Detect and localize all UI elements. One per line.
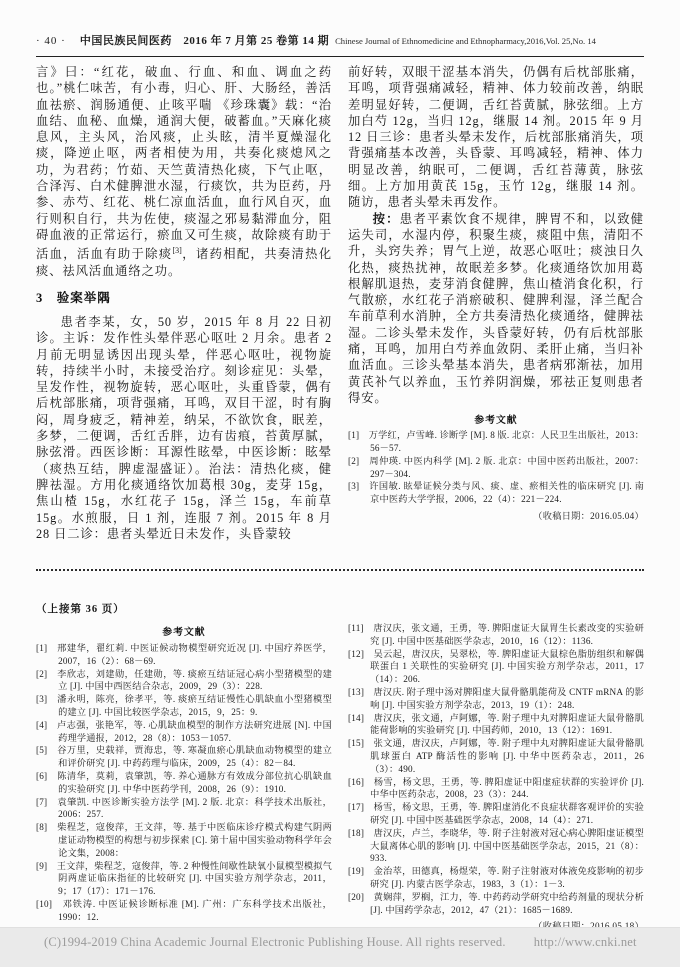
- commentary-label: 按：: [373, 212, 400, 226]
- journal-title-en: Chinese Journal of Ethnomedicine and Eth…: [335, 36, 596, 46]
- reference-item: [19] 金治萃，田德真，杨煜荣，等. 附子注射液对体液免疫影响的初步研究 [J…: [348, 865, 644, 891]
- references-heading: 参考文献: [36, 624, 332, 638]
- continued-from-label: （上接第 36 页）: [36, 601, 125, 616]
- left-column: 言》曰：“红花，破血、行血、和血、调血之药也。”桃仁味苦，有小毒，归心、肝、大肠…: [36, 64, 332, 542]
- right-column: 前好转，双眼干涩基本消失，仍偶有后枕部胀痛，耳鸣，项背强痛减轻，精神、体力较前改…: [348, 64, 644, 542]
- commentary-paragraph: 按：患者平素饮食不规律，脾胃不和，以致健运失司，水湿内停，积聚生痰，痰阻中焦，清…: [348, 211, 644, 407]
- reference-item: [6] 陈清华，莫莉，袁肇凯，等. 养心通脉方有效成分部位抗心肌缺血的实验研究 …: [36, 770, 332, 796]
- journal-title-cn: 中国民族民间医药 2016 年 7 月第 25 卷第 14 期: [80, 32, 329, 48]
- reference-item: [8] 柴程芝，寇俊萍，王文萍，等. 基于中医临床诊疗模式构建气阴两虚证动物模型…: [36, 821, 332, 859]
- reference-item: [9] 王文萍，柴程芝，寇俊萍，等. 2 种慢性间歇性缺氧小鼠模型模拟气阴两虚证…: [36, 860, 332, 898]
- reference-item: [17] 杨雪，杨文思，王勇，等. 脾阳虚消化不良症状群客观评价的实验研究 [J…: [348, 801, 644, 827]
- reference-item: [3] 潘永明，陈亮，徐孝平，等. 痰瘀互结证慢性心肌缺血小型猪模型的建立 [J…: [36, 693, 332, 719]
- article-body: 言》曰：“红花，破血、行血、和血、调血之药也。”桃仁味苦，有小毒，归心、肝、大肠…: [36, 64, 644, 542]
- reference-item: [10] 邓铁涛. 中医证候诊断标准 [M]. 广州：广东科学技术出版社，199…: [36, 898, 332, 924]
- section-heading: 3 验案举隅: [36, 288, 332, 306]
- reference-item: [15] 张文通，唐汉庆，卢阿娜，等. 附子理中丸对脾阳虚证大鼠骨骼肌肌球蛋白 …: [348, 737, 644, 775]
- reference-item: [12] 吴云起，唐汉庆，吴翠松，等. 脾阳虚证大鼠棕色脂肪组织和解偶联蛋白 1…: [348, 648, 644, 686]
- received-date: （收稿日期：2016.05.04）: [348, 508, 644, 522]
- references-heading: 参考文献: [348, 412, 644, 426]
- cnki-url: http://www.cnki.net: [534, 935, 637, 950]
- continued-left-column: 参考文献 [1] 邢建华，翟红莉. 中医证候动物模型研究近况 [J]. 中国疗养…: [36, 622, 332, 932]
- article-continuation-paragraph: 言》曰：“红花，破血、行血、和血、调血之药也。”桃仁味苦，有小毒，归心、肝、大肠…: [36, 64, 332, 279]
- paragraph-text: 言》曰：“红花，破血、行血、和血、调血之药也。”桃仁味苦，有小毒，归心、肝、大肠…: [36, 65, 332, 261]
- reference-item: [5] 谷万里，史载祥，贾海忠，等. 寒凝血瘀心肌缺血动物模型的建立和评价研究 …: [36, 744, 332, 770]
- cnki-footer-bar: (C)1994-2019 China Academic Journal Elec…: [0, 927, 680, 967]
- reference-item: [16] 杨雪，杨文思，王勇，等. 脾阳虚证中阳虚症状群的实验评价 [J]. 中…: [348, 776, 644, 802]
- citation-superscript: [3]: [173, 246, 182, 255]
- reference-item: [18] 唐汉庆，卢兰，李晓华，等. 附子注射液对冠心病心脾阳虚证模型大鼠离体心…: [348, 827, 644, 865]
- reference-item: [13] 唐汉庆. 附子理中汤对脾阳虚大鼠骨骼肌能荷及 CNTF mRNA 的影…: [348, 686, 644, 712]
- header-rule: [36, 56, 644, 57]
- paragraph-text: 患者平素饮食不规律，脾胃不和，以致健运失司，水湿内停，积聚生痰，痰阻中焦，清阳不…: [348, 212, 644, 405]
- reference-item: [11] 唐汉庆，张文通，王勇，等. 脾阳虚证大鼠胃生长素改变的实验研究 [J]…: [348, 622, 644, 648]
- continued-references-section: 参考文献 [1] 邢建华，翟红莉. 中医证候动物模型研究近况 [J]. 中国疗养…: [36, 622, 644, 932]
- reference-item: [2] 李欣志，刘建勋，任建勋，等. 痰瘀互结证冠心病小型猪模型的建立 [J].…: [36, 668, 332, 694]
- reference-item: [1] 万学红，卢雪峰. 诊断学 [M]. 8 版. 北京：人民卫生出版社，20…: [348, 429, 644, 455]
- reference-item: [1] 邢建华，翟红莉. 中医证候动物模型研究近况 [J]. 中国疗养医学，20…: [36, 642, 332, 668]
- dotted-divider: [36, 569, 644, 571]
- case-continuation-paragraph: 前好转，双眼干涩基本消失，仍偶有后枕部胀痛，耳鸣，项背强痛减轻，精神、体力较前改…: [348, 64, 644, 211]
- journal-page: · 40 · 中国民族民间医药 2016 年 7 月第 25 卷第 14 期 C…: [0, 0, 680, 967]
- reference-item: [3] 许国敏. 眩晕证候分类与风、痰、虚、瘀相关性的临床研究 [J]. 南京中…: [348, 480, 644, 506]
- reference-item: [2] 周仲瑛. 中医内科学 [M]. 2 版. 北京：中国中医药出版社，200…: [348, 455, 644, 481]
- reference-item: [20] 黄娴萍，罗榈，江力，等. 中药药动学研究中给药剂量的现状分析 [J].…: [348, 891, 644, 917]
- reference-item: [14] 唐汉庆，张文通，卢阿娜，等. 附子理中丸对脾阳虚证大鼠骨骼肌能荷影响的…: [348, 712, 644, 738]
- reference-item: [4] 卢志强，张艳军，等. 心肌缺血模型的制作方法研究进展 [N]. 中国药理…: [36, 719, 332, 745]
- reference-item: [7] 袁肇凯. 中医诊断实验方法学 [M]. 2 版. 北京：科学技术出版社，…: [36, 796, 332, 822]
- copyright-text: (C)1994-2019 China Academic Journal Elec…: [44, 935, 506, 950]
- continued-right-column: [11] 唐汉庆，张文通，王勇，等. 脾阳虚证大鼠胃生长素改变的实验研究 [J]…: [348, 622, 644, 932]
- case-study-paragraph: 患者李某，女，50 岁，2015 年 8 月 22 日初诊。主诉：发作性头晕伴恶…: [36, 314, 332, 542]
- page-header: · 40 · 中国民族民间医药 2016 年 7 月第 25 卷第 14 期 C…: [36, 32, 644, 48]
- page-number: · 40 ·: [36, 35, 66, 47]
